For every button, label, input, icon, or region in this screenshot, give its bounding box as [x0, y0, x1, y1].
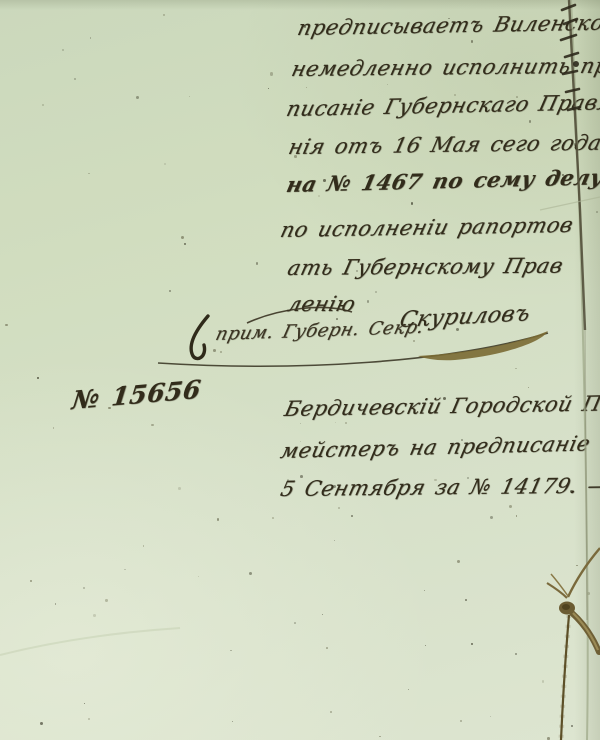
handwritten-line: ленію	[285, 292, 358, 316]
binding-thread	[547, 548, 600, 740]
signature-name: Скуриловъ	[397, 301, 533, 333]
handwritten-line: писаніе Губернскаго Правле	[284, 90, 600, 121]
registry-number: № 15656	[70, 375, 202, 416]
handwritten-line: по исполненіи рапортов	[278, 213, 576, 242]
signature-underline-thick	[418, 331, 548, 360]
handwritten-line: ать Губернскому Прав	[285, 254, 566, 280]
manuscript-page: предписываетъ Виленскому бу немедленно и…	[0, 0, 600, 740]
handwritten-line: мейстеръ на предписаніе отъ	[278, 430, 600, 463]
handwritten-line: немедленно исполнить пред	[289, 53, 600, 81]
handwritten-line: нія отъ 16 Мая сего года	[286, 131, 600, 159]
faint-crease	[540, 197, 600, 210]
handwritten-line: 5 Сентября за № 14179. —	[278, 474, 600, 502]
handwritten-line: предписываетъ Виленскому бу	[295, 9, 600, 40]
signature-title: прим. Губерн. Секр.	[213, 317, 426, 345]
top-edge-shadow	[0, 0, 600, 10]
signature-initial-stroke	[191, 316, 208, 359]
handwritten-line: Бердичевскій Городской Полицей	[282, 390, 600, 421]
faint-crease	[0, 628, 180, 655]
handwritten-line: на № 1467 по сему делу	[284, 164, 600, 197]
